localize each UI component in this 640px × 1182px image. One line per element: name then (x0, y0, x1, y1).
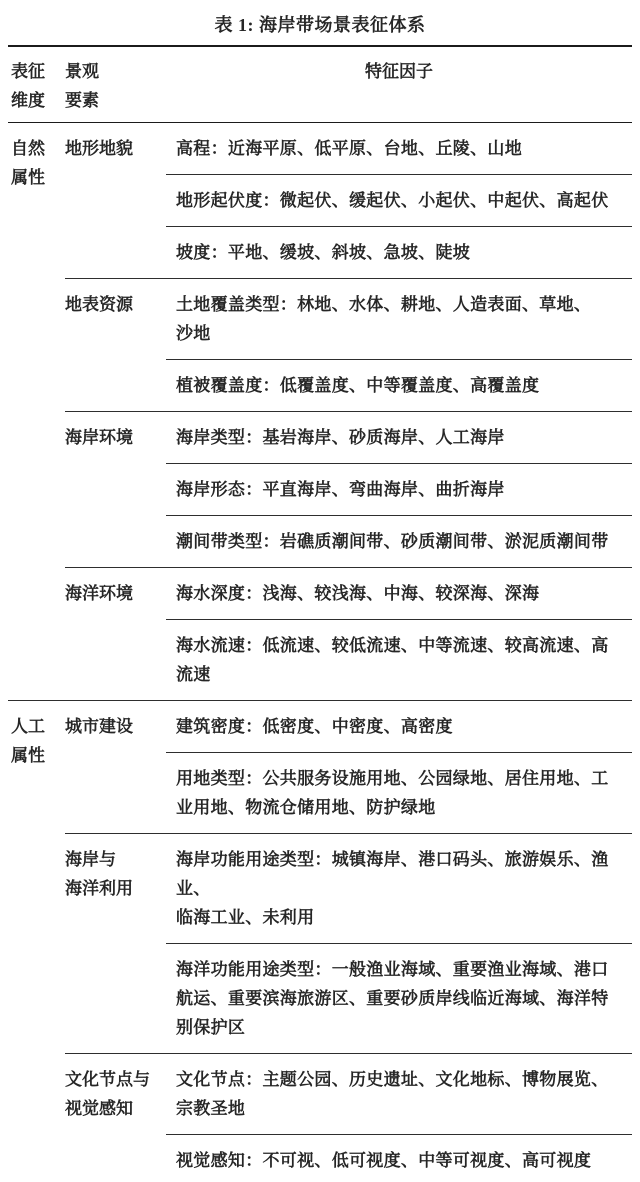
element-group-marine-environment: 海洋环境 海水深度：浅海、较浅海、中海、较深海、深海 海水流速：低流速、较低流速… (65, 567, 632, 700)
factor-list: 土地覆盖类型：林地、水体、耕地、人造表面、草地、 沙地 植被覆盖度：低覆盖度、中… (166, 279, 632, 411)
dimension-group-artificial: 人工 属性 城市建设 建筑密度：低密度、中密度、高密度 用地类型：公共服务设施用… (8, 700, 632, 1182)
header-factor: 特征因子 (166, 57, 632, 115)
dimension-label: 自然 属性 (8, 123, 65, 700)
element-label: 海岸与 海洋利用 (65, 834, 166, 1053)
factor-list: 海岸功能用途类型：城镇海岸、港口码头、旅游娱乐、渔业、 临海工业、未利用 海洋功… (166, 834, 632, 1053)
factor-list: 海水深度：浅海、较浅海、中海、较深海、深海 海水流速：低流速、较低流速、中等流速… (166, 568, 632, 700)
element-group-land-resource: 地表资源 土地覆盖类型：林地、水体、耕地、人造表面、草地、 沙地 植被覆盖度：低… (65, 278, 632, 411)
header-element: 景观 要素 (65, 57, 166, 115)
factor-list: 海岸类型：基岩海岸、砂质海岸、人工海岸 海岸形态：平直海岸、弯曲海岸、曲折海岸 … (166, 412, 632, 567)
table-caption: 表 1: 海岸带场景表征体系 (0, 0, 640, 45)
element-label: 海洋环境 (65, 568, 166, 700)
element-group-culture-visual: 文化节点与 视觉感知 文化节点：主题公园、历史遗址、文化地标、博物展览、 宗教圣… (65, 1053, 632, 1182)
factor-cell: 海水深度：浅海、较浅海、中海、较深海、深海 (166, 568, 632, 619)
factor-cell: 海洋功能用途类型：一般渔业海域、重要渔业海域、港口 航运、重要滨海旅游区、重要砂… (166, 943, 632, 1053)
dimension-group-natural: 自然 属性 地形地貌 高程：近海平原、低平原、台地、丘陵、山地 地形起伏度：微起… (8, 123, 632, 700)
factor-cell: 海水流速：低流速、较低流速、中等流速、较高流速、高 流速 (166, 619, 632, 700)
element-group-terrain: 地形地貌 高程：近海平原、低平原、台地、丘陵、山地 地形起伏度：微起伏、缓起伏、… (65, 123, 632, 278)
header-dimension: 表征 维度 (8, 57, 65, 115)
table-header-row: 表征 维度 景观 要素 特征因子 (8, 47, 632, 123)
element-label: 海岸环境 (65, 412, 166, 567)
factor-cell: 土地覆盖类型：林地、水体、耕地、人造表面、草地、 沙地 (166, 279, 632, 359)
element-groups: 城市建设 建筑密度：低密度、中密度、高密度 用地类型：公共服务设施用地、公园绿地… (65, 701, 632, 1182)
element-label: 地形地貌 (65, 123, 166, 278)
factor-cell: 海岸类型：基岩海岸、砂质海岸、人工海岸 (166, 412, 632, 463)
factor-cell: 建筑密度：低密度、中密度、高密度 (166, 701, 632, 752)
factor-cell: 文化节点：主题公园、历史遗址、文化地标、博物展览、 宗教圣地 (166, 1054, 632, 1134)
element-groups: 地形地貌 高程：近海平原、低平原、台地、丘陵、山地 地形起伏度：微起伏、缓起伏、… (65, 123, 632, 700)
factor-cell: 海岸形态：平直海岸、弯曲海岸、曲折海岸 (166, 463, 632, 515)
factor-cell: 地形起伏度：微起伏、缓起伏、小起伏、中起伏、高起伏 (166, 174, 632, 226)
element-label: 文化节点与 视觉感知 (65, 1054, 166, 1182)
element-group-coast-marine-use: 海岸与 海洋利用 海岸功能用途类型：城镇海岸、港口码头、旅游娱乐、渔业、 临海工… (65, 833, 632, 1053)
factor-cell: 视觉感知：不可视、低可视度、中等可视度、高可视度 (166, 1134, 632, 1182)
factor-cell: 潮间带类型：岩礁质潮间带、砂质潮间带、淤泥质潮间带 (166, 515, 632, 567)
factor-cell: 植被覆盖度：低覆盖度、中等覆盖度、高覆盖度 (166, 359, 632, 411)
element-group-coast-environment: 海岸环境 海岸类型：基岩海岸、砂质海岸、人工海岸 海岸形态：平直海岸、弯曲海岸、… (65, 411, 632, 567)
element-label: 城市建设 (65, 701, 166, 833)
element-label: 地表资源 (65, 279, 166, 411)
element-group-urban-construction: 城市建设 建筑密度：低密度、中密度、高密度 用地类型：公共服务设施用地、公园绿地… (65, 701, 632, 833)
factor-list: 建筑密度：低密度、中密度、高密度 用地类型：公共服务设施用地、公园绿地、居住用地… (166, 701, 632, 833)
factor-cell: 坡度：平地、缓坡、斜坡、急坡、陡坡 (166, 226, 632, 278)
factor-cell: 海岸功能用途类型：城镇海岸、港口码头、旅游娱乐、渔业、 临海工业、未利用 (166, 834, 632, 943)
coastal-representation-table: 表征 维度 景观 要素 特征因子 自然 属性 地形地貌 高程：近海平原、低平原、… (8, 45, 632, 1182)
factor-cell: 高程：近海平原、低平原、台地、丘陵、山地 (166, 123, 632, 174)
dimension-label: 人工 属性 (8, 701, 65, 1182)
factor-cell: 用地类型：公共服务设施用地、公园绿地、居住用地、工 业用地、物流仓储用地、防护绿… (166, 752, 632, 833)
factor-list: 文化节点：主题公园、历史遗址、文化地标、博物展览、 宗教圣地 视觉感知：不可视、… (166, 1054, 632, 1182)
factor-list: 高程：近海平原、低平原、台地、丘陵、山地 地形起伏度：微起伏、缓起伏、小起伏、中… (166, 123, 632, 278)
